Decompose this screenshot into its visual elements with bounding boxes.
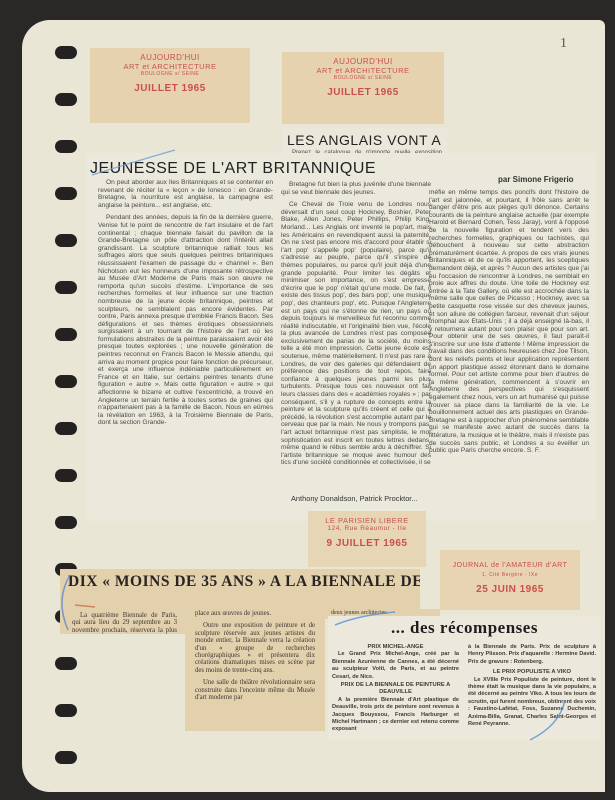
paragraph: Pendant des années, depuis la fin de la … (98, 214, 273, 427)
stamp-subtitle: ART et ARCHITECTURE (282, 66, 444, 75)
article-column-2: place aux œuvres de jeunes. Outre une ex… (195, 610, 315, 706)
stamp-publication: AUJOURD'HUI (282, 57, 444, 66)
article-headline: JEUNESSE DE L'ART BRITANNIQUE (90, 160, 376, 178)
stamp-publication: JOURNAL de l'AMATEUR d'ART (440, 562, 580, 569)
paragraph: Outre une exposition de peinture et de s… (195, 622, 315, 674)
article-column-2: à la Biennale de Paris. Prix de sculptur… (468, 644, 596, 728)
article-column-1: La quatrième Biennale de Paris, qui aura… (72, 612, 177, 634)
binder-hole (55, 751, 77, 764)
stamp-publication: AUJOURD'HUI (90, 53, 250, 62)
paragraph: Le XVIIIe Prix Populiste de peinture, do… (468, 677, 596, 729)
binder-hole (55, 422, 77, 435)
stamp-subtitle: ART et ARCHITECTURE (90, 62, 250, 71)
binder-hole (55, 234, 77, 247)
photo-caption: Anthony Donaldson, Patrick Procktor... (291, 495, 451, 503)
stamp-publication: LE PARISIEN LIBERE (308, 516, 426, 525)
stamp-date: 9 JUILLET 1965 (308, 538, 426, 549)
binder-hole (55, 469, 77, 482)
clipping-jeunesse: JEUNESSE DE L'ART BRITANNIQUE par Simone… (86, 153, 596, 521)
binder-hole (55, 328, 77, 341)
stamp-date: JUILLET 1965 (282, 87, 444, 98)
publication-stamp: AUJOURD'HUI ART et ARCHITECTURE BOULOGNE… (282, 52, 444, 124)
stamp-address: 1, Cité Bergère - IXe (440, 572, 580, 578)
paragraph: à la Biennale de Paris. Prix de sculptur… (468, 644, 596, 666)
paragraph: Ce Cheval de Troie venu de Londres nous … (281, 201, 431, 467)
paragraph: Une salle de théâtre révolutionnaire ser… (195, 679, 315, 701)
page-number: 1 (560, 36, 567, 52)
section-title: LE PRIX POPULISTE A VIKO (468, 669, 596, 676)
clipping-recompenses: ... des récompenses PRIX MICHEL-ANGE Le … (328, 616, 601, 740)
binder-hole (55, 657, 77, 670)
article-column-2: Bretagne fut bien la plus juvénile d'une… (281, 181, 431, 472)
binder-hole (55, 93, 77, 106)
stamp-address: 124, Rue Réaumur - IIe (308, 525, 426, 532)
binder-hole (55, 187, 77, 200)
article-column-1: On peut aborder aux Iles Britanniques et… (98, 179, 273, 432)
article-column-3: méfie en même temps des poncifs dont l'h… (429, 189, 589, 460)
publication-stamp: AUJOURD'HUI ART et ARCHITECTURE BOULOGNE… (90, 48, 250, 123)
section-title: PRIX MICHEL-ANGE (332, 644, 459, 651)
paragraph: méfie en même temps des poncifs dont l'h… (429, 189, 589, 455)
clipping-dix-col1: La quatrième Biennale de Paris, qui aura… (60, 609, 185, 634)
publication-stamp: LE PARISIEN LIBERE 124, Rue Réaumur - II… (308, 511, 426, 567)
paragraph: Bretagne fut bien la plus juvénile d'une… (281, 181, 431, 196)
paragraph: A la première Biennale d'Art plastique d… (332, 697, 459, 734)
paragraph: place aux œuvres de jeunes. (195, 610, 315, 617)
binder-hole (55, 281, 77, 294)
clipping-headline: LES ANGLAIS VONT A (287, 132, 441, 148)
binder-hole (55, 46, 77, 59)
clipping-dix: DIX « MOINS DE 35 ANS » A LA BIENNALE DE… (60, 569, 420, 609)
stamp-date: 25 JUIN 1965 (440, 584, 580, 595)
article-column-1: PRIX MICHEL-ANGE Le Grand Prix Michel-An… (332, 644, 459, 734)
section-title: PRIX DE LA BIENNALE DE PEINTURE A DEAUVI… (332, 682, 459, 697)
clipping-dix-col2: place aux œuvres de jeunes. Outre une ex… (185, 609, 325, 731)
publication-stamp: JOURNAL de l'AMATEUR d'ART 1, Cité Bergè… (440, 550, 580, 610)
paragraph: On peut aborder aux Iles Britanniques et… (98, 179, 273, 209)
stamp-address: BOULOGNE s/ SEINE (90, 71, 250, 77)
stamp-date: JUILLET 1965 (90, 83, 250, 94)
binder-hole (55, 375, 77, 388)
article-byline: par Simone Frigerio (498, 175, 574, 184)
paragraph: Le Grand Prix Michel-Ange, créé par la B… (332, 651, 459, 681)
clipping-headline: ... des récompenses (328, 618, 601, 638)
binder-hole (55, 704, 77, 717)
stamp-address: BOULOGNE s/ SEINE (282, 75, 444, 81)
clipping-headline: DIX « MOINS DE 35 ANS » A LA BIENNALE DE… (68, 573, 420, 591)
binder-hole (55, 516, 77, 529)
binder-hole (55, 140, 77, 153)
